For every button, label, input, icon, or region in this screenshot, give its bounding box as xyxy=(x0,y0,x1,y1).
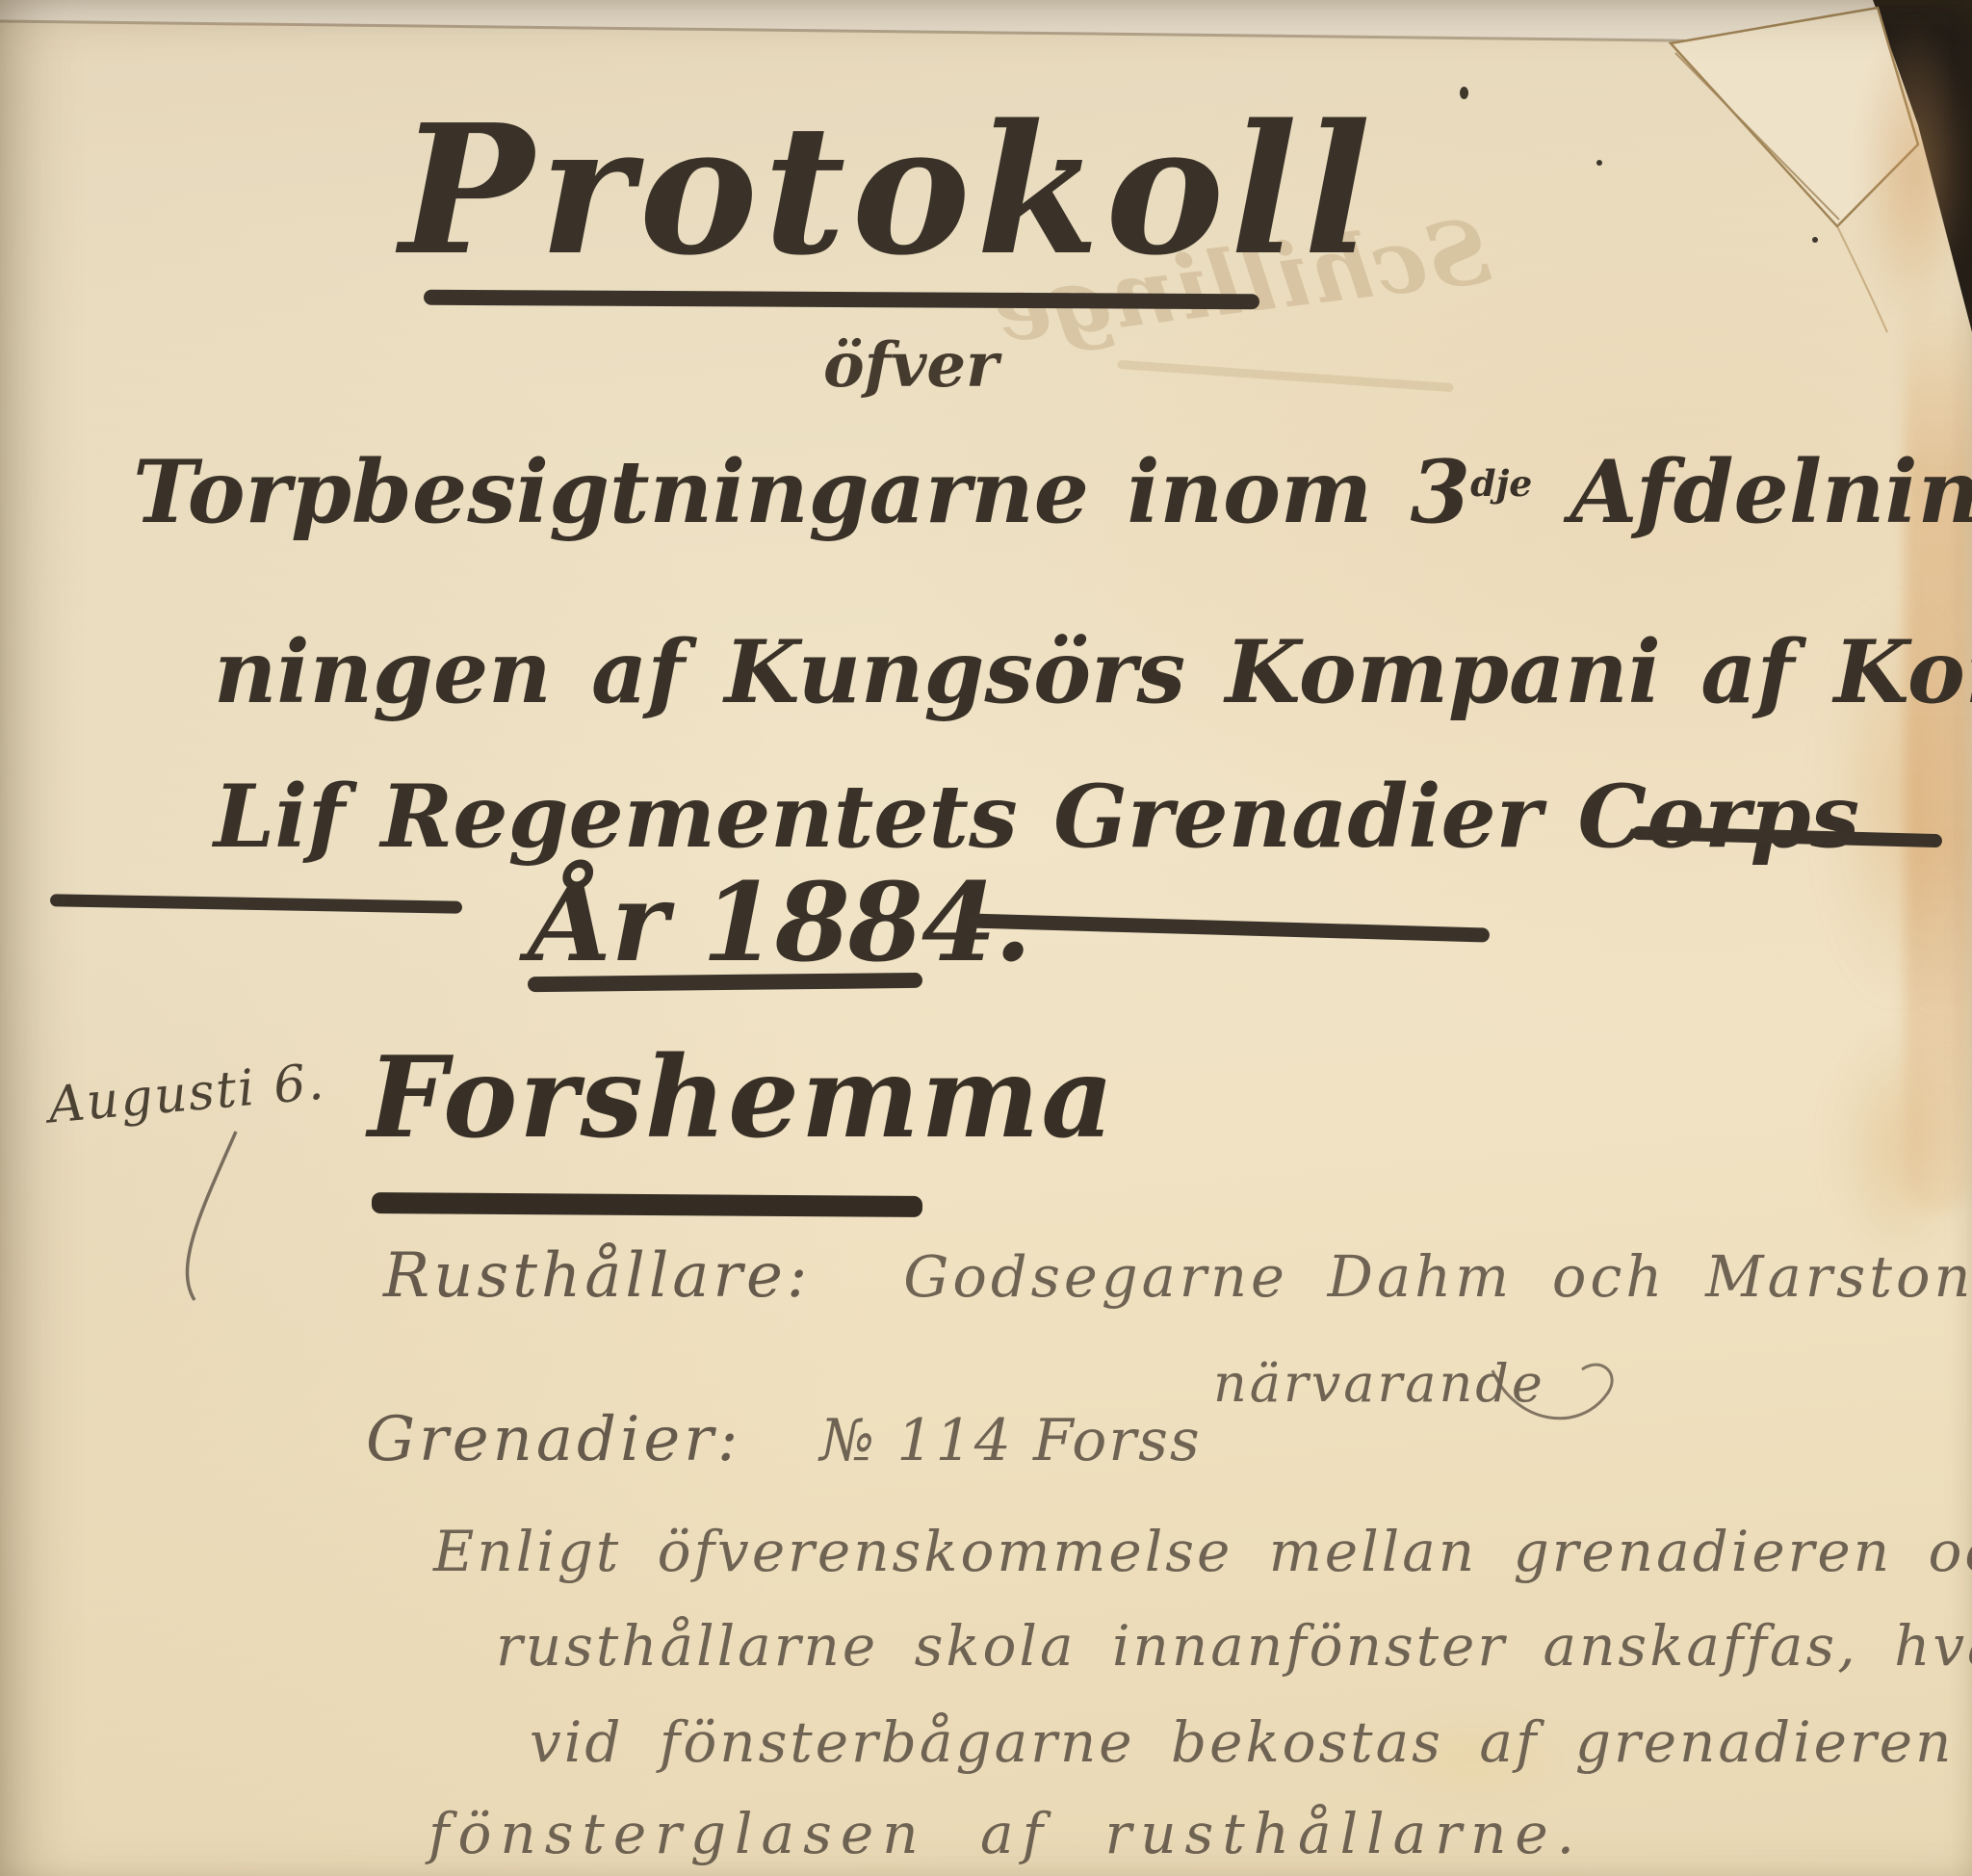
heading-line-1-ordinal: dje xyxy=(1470,462,1532,505)
grenadier-value: № 114 Forss xyxy=(820,1407,1202,1474)
paragraph-line-1: Enligt öfverenskommelse mellan grenadier… xyxy=(433,1519,1972,1584)
ink-speck-3 xyxy=(1812,237,1818,243)
margin-note-flourish xyxy=(144,1122,260,1315)
ink-speck-1 xyxy=(1460,87,1468,99)
grenadier-line: Grenadier: № 114 Forss xyxy=(366,1404,1202,1475)
paragraph-line-2: rusthållarne skola innanfönster anskaffa… xyxy=(496,1613,1972,1679)
paragraph-line-3: vid fönsterbågarne bekostas af grenadier… xyxy=(530,1709,1972,1775)
heading-line-2: ningen af Kungsörs Kompani af Kongl. xyxy=(214,621,1972,723)
narvarande-flourish xyxy=(1488,1346,1622,1452)
rusthallare-value: Godsegarne Dahm och Marston, xyxy=(903,1243,1972,1310)
grenadier-label: Grenadier: xyxy=(366,1404,741,1475)
rusthallare-label: Rusthållare: xyxy=(383,1240,811,1312)
year-underline xyxy=(528,973,922,992)
heading-line-1-post: Afdelnin= xyxy=(1532,441,1972,543)
section-heading-underline xyxy=(372,1192,922,1217)
manuscript-page: Schillinge Protokoll öfver Torpbesigtnin… xyxy=(0,0,1972,1876)
year-line: År 1884. xyxy=(530,860,1030,986)
document-title: Protokoll xyxy=(400,85,1377,295)
rusthallare-line: Rusthållare: Godsegarne Dahm och Marston… xyxy=(383,1240,1972,1312)
title-underline xyxy=(424,290,1259,310)
heading-line-3: Lif Regementets Grenadier Corps xyxy=(214,766,1859,868)
ink-speck-2 xyxy=(1596,160,1602,166)
stain-right-stripe xyxy=(1905,289,1972,1213)
torn-corner xyxy=(1348,0,1972,404)
heading-line-1-pre: Torpbesigtningarne inom 3 xyxy=(133,441,1470,543)
section-heading: Forshemma xyxy=(368,1032,1116,1163)
paragraph-line-4: fönsterglasen af rusthållarne. xyxy=(428,1801,1583,1866)
year-right-dash xyxy=(965,913,1490,942)
preposition-ofver: öfver xyxy=(823,329,999,402)
heading-line-1: Torpbesigtningarne inom 3dje Afdelnin= xyxy=(133,441,1972,543)
stain-blob-low xyxy=(1829,1021,1972,1271)
year-left-dash xyxy=(50,894,462,913)
